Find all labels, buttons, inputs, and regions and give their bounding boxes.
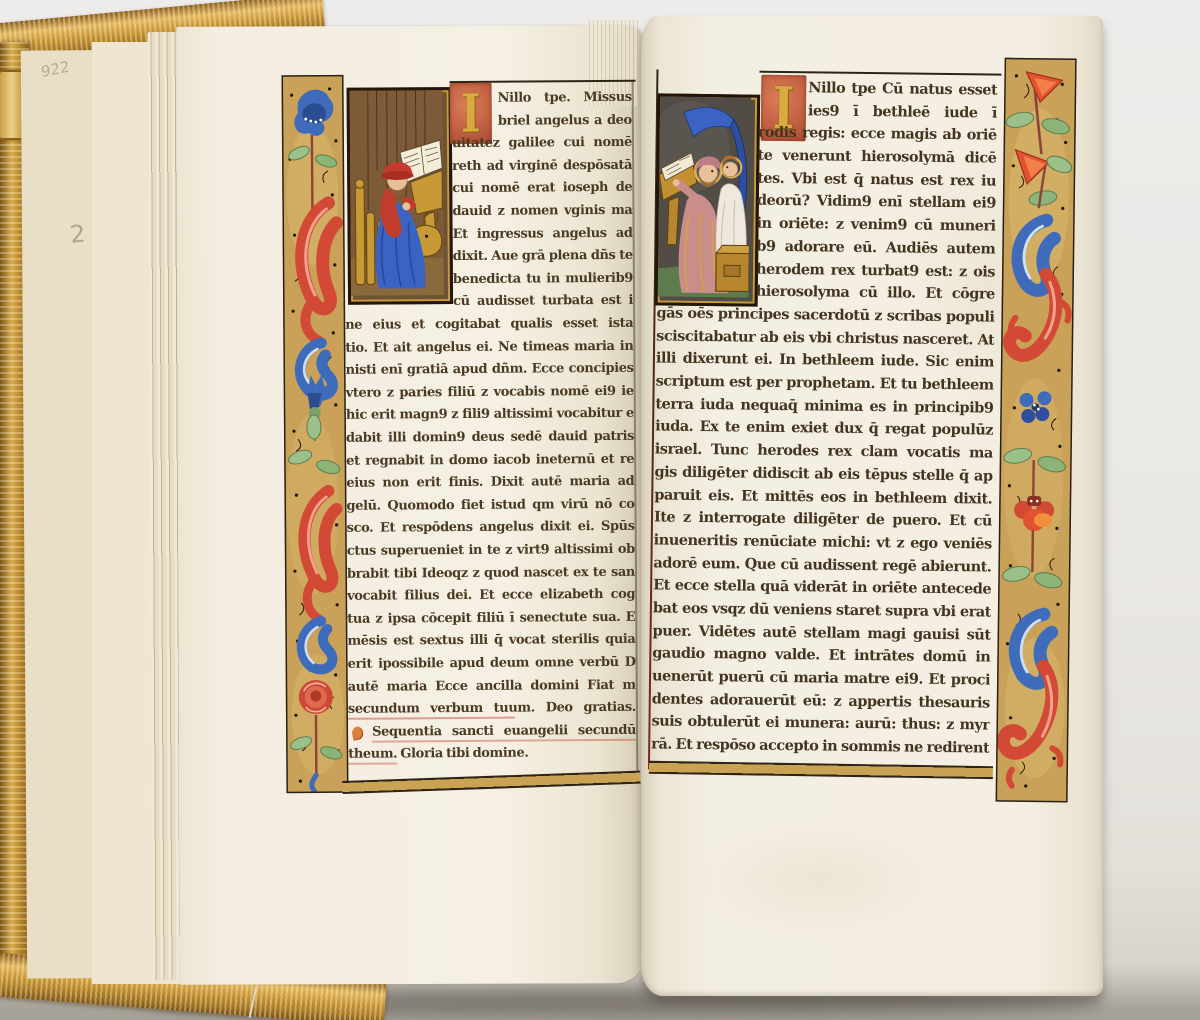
text-line: herodem rex turbat9 est: z ois — [756, 258, 995, 284]
text-line: hierosolyma cū illo. Et cōgre — [756, 281, 995, 307]
text-line: eius non erit finis. Dixit autē maria ad — [346, 471, 634, 496]
text-line: Nillo tpe. Missus est ga — [498, 87, 632, 111]
floral-border-left — [281, 75, 348, 793]
vellum-stain — [690, 820, 950, 940]
text-line: dixit. Aue grā plena dñs te — [453, 245, 633, 269]
text-line: hic erit magn9 z fili9 altissimi vocabit… — [346, 403, 634, 428]
gold-chest — [716, 245, 750, 291]
right-page-text-beside-miniature: Nillo tpe Cū natus esseties9 ī bethleē i… — [756, 77, 998, 307]
border-band-bottom-right — [649, 761, 993, 779]
text-line: rodis regis: ecce magis ab oriē — [758, 122, 997, 148]
text-line: Et ingressus angelus ad eā — [453, 222, 633, 246]
floral-border-right — [996, 58, 1077, 803]
right-page-text-full-width: gās oēs principes sacerdotū z scribas po… — [651, 302, 995, 760]
miniature-st-luke-with-ox — [347, 87, 454, 305]
text-line: dabit illi domin9 deus sedē dauid patris — [346, 426, 634, 451]
text-line: sco. Et respōdens angelus dixit ei. Spūs — [347, 516, 635, 541]
pencil-number: 2 — [69, 220, 87, 249]
left-page-text-full-width: ne eius et cogitabat qualis esset ista s… — [345, 313, 636, 767]
text-line: tes. Vbi est q̄ natus est rex iu — [757, 167, 996, 193]
photo-open-illuminated-book: 922 2 — [0, 0, 1200, 1020]
text-line: rā. Et respōso accepto in sommis ne redi… — [651, 733, 989, 760]
text-line: tua z ipsa cōcepit filiū ī senectute sua… — [347, 607, 635, 632]
border-band-bottom-left — [342, 771, 640, 794]
text-line: gelū. Quomodo fiet istud qm virū nō co — [346, 494, 634, 519]
text-line: erit ipossibile apud deum omne verbū D — [348, 652, 636, 677]
text-line: tio. Et ait angelus ei. Ne timeas maria … — [345, 335, 633, 360]
text-line: te venerunt hierosolymā dicē — [757, 145, 996, 171]
text-line: ne eius et cogitabat qualis esset ista s… — [345, 313, 633, 338]
text-line: benedicta tu in mulierib9 Q — [453, 268, 633, 292]
pencil-folio-number: 922 — [40, 57, 70, 81]
text-line: mēsis est sextus illi q̄ vocat sterilis … — [347, 629, 635, 654]
text-line: Nillo tpe Cū natus esset — [808, 77, 997, 102]
text-line: deorū? Vidim9 enī stellam ei9 — [757, 190, 996, 216]
left-page-text-beside-miniature: Nillo tpe. Missus est gabriel angelus a … — [452, 87, 634, 314]
text-line: cū audisset turbata est i ser — [453, 290, 633, 314]
text-line: gis diligēter didiscit ab eis tēpus stel… — [654, 461, 992, 488]
text-line: Sequentia sancti euangelii secundū — [348, 719, 636, 744]
text-line: ies9 ī bethleē iude ī dieb9 he — [808, 100, 997, 125]
text-line: dauid z nomen vginis ma — [452, 200, 632, 224]
text-line: theum. Gloria tibi domine. — [348, 742, 636, 767]
text-line: vtero z paries filiū z vocabis nomē ei9 … — [346, 381, 634, 406]
left-page-content: I Nillo tpe. Missus est gabriel angelus … — [281, 73, 642, 799]
text-line: briel angelus a deo in ci — [498, 109, 632, 133]
text-line: uitatez galilee cui nomē na — [452, 132, 632, 156]
text-line: secundum verbum tuum. Deo gratias. — [348, 697, 636, 722]
text-line: nisti enī gratiā apud dñm. Ecce concipie… — [345, 358, 633, 383]
miniature-st-matthew-with-angel — [655, 93, 761, 306]
text-line: cui nomē erat ioseph de do — [452, 177, 632, 201]
text-line: ctus superueniet in te z virt9 altissimi… — [347, 539, 635, 564]
text-line: brabit tibi Ideoqz z quod nascet ex te s… — [347, 561, 635, 586]
text-line: et regnabit in domo iacob ineternū et re — [346, 448, 634, 473]
text-line: in oriēte: z venim9 cū muneri — [756, 213, 995, 239]
right-page-content: I Nillo tpe Cū natus esseties9 ī bethleē… — [645, 61, 1084, 812]
text-line: vocabit filius dei. Et ecce elizabeth co… — [347, 584, 635, 609]
text-line: b9 adorare eū. Audiēs autem — [756, 235, 995, 261]
text-line: reth ad virginē despōsatā vi — [452, 155, 632, 179]
text-line: autē maria Ecce ancilla domini Fiat m — [348, 674, 636, 699]
